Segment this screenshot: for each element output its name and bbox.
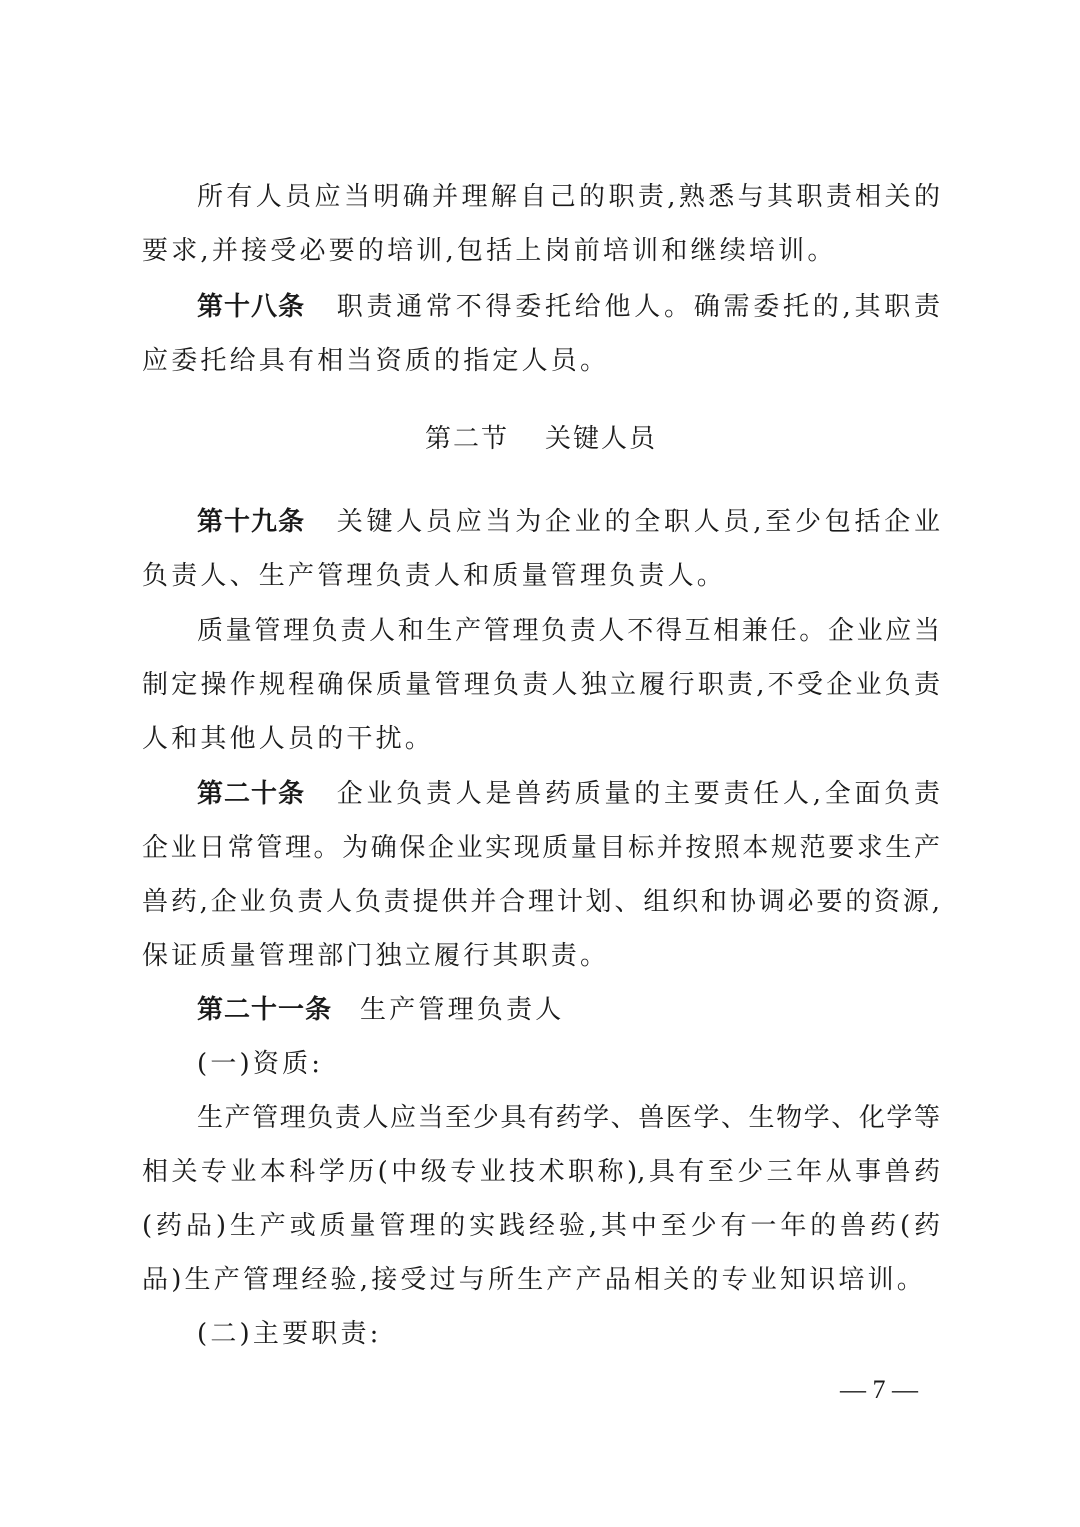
article-text: 生产管理负责人 (360, 995, 564, 1025)
section-number: 第二节 (425, 424, 509, 454)
paragraph-text: 保证质量管理部门独立履行其职责。 (142, 941, 609, 971)
article-text: 企业负责人是兽药质量的主要责任人,全面负责 (333, 779, 940, 809)
article-label: 第二十条 (197, 767, 305, 821)
article-18-line: 第十八条职责通常不得委托给他人。确需委托的,其职责 (142, 280, 940, 334)
article-text: 关键人员应当为企业的全职人员,至少包括企业 (333, 507, 940, 537)
paragraph-line: 负责人、生产管理负责人和质量管理负责人。 (142, 549, 940, 603)
article-text: 职责通常不得委托给他人。确需委托的,其职责 (333, 292, 940, 322)
subsection-heading: (一)资质: (142, 1037, 940, 1091)
article-label: 第二十一条 (197, 983, 332, 1037)
paragraph-line: 保证质量管理部门独立履行其职责。 (142, 929, 940, 983)
section-heading: 第二节关键人员 (142, 412, 940, 466)
paragraph-line: 品)生产管理经验,接受过与所生产产品相关的专业知识培训。 (142, 1253, 940, 1307)
article-21-line: 第二十一条生产管理负责人 (142, 983, 940, 1037)
article-20-line: 第二十条企业负责人是兽药质量的主要责任人,全面负责 (142, 767, 940, 821)
paragraph-text: 应委托给具有相当资质的指定人员。 (142, 346, 609, 376)
subsection-text: (二)主要职责: (197, 1319, 382, 1349)
paragraph-text: 负责人、生产管理负责人和质量管理负责人。 (142, 561, 726, 591)
paragraph-text: 人和其他人员的干扰。 (142, 724, 434, 754)
paragraph-text: 要求,并接受必要的培训,包括上岗前培训和继续培训。 (142, 236, 837, 266)
paragraph-text: 品)生产管理经验,接受过与所生产产品相关的专业知识培训。 (142, 1265, 926, 1295)
article-label: 第十九条 (197, 495, 305, 549)
paragraph-line: 兽药,企业负责人负责提供并合理计划、组织和协调必要的资源, (142, 875, 940, 929)
article-label: 第十八条 (197, 280, 305, 334)
paragraph-line: 人和其他人员的干扰。 (142, 712, 940, 766)
subsection-text: (一)资质: (197, 1049, 323, 1079)
section-title: 关键人员 (545, 424, 657, 454)
paragraph-line: 质量管理负责人和生产管理负责人不得互相兼任。企业应当 (142, 604, 940, 658)
paragraph-line: 制定操作规程确保质量管理负责人独立履行职责,不受企业负责 (142, 658, 940, 712)
subsection-heading: (二)主要职责: (142, 1307, 940, 1361)
paragraph-line: 相关专业本科学历(中级专业技术职称),具有至少三年从事兽药 (142, 1145, 940, 1199)
article-19-line: 第十九条关键人员应当为企业的全职人员,至少包括企业 (142, 495, 940, 549)
page-number: — 7 — (840, 1370, 918, 1410)
paragraph-line: 企业日常管理。为确保企业实现质量目标并按照本规范要求生产 (142, 821, 940, 875)
paragraph-line: 生产管理负责人应当至少具有药学、兽医学、生物学、化学等 (142, 1091, 940, 1145)
paragraph-line: (药品)生产或质量管理的实践经验,其中至少有一年的兽药(药 (142, 1199, 940, 1253)
paragraph-line: 要求,并接受必要的培训,包括上岗前培训和继续培训。 (142, 224, 940, 278)
paragraph-line: 应委托给具有相当资质的指定人员。 (142, 334, 940, 388)
paragraph-line: 所有人员应当明确并理解自己的职责,熟悉与其职责相关的 (142, 170, 940, 224)
